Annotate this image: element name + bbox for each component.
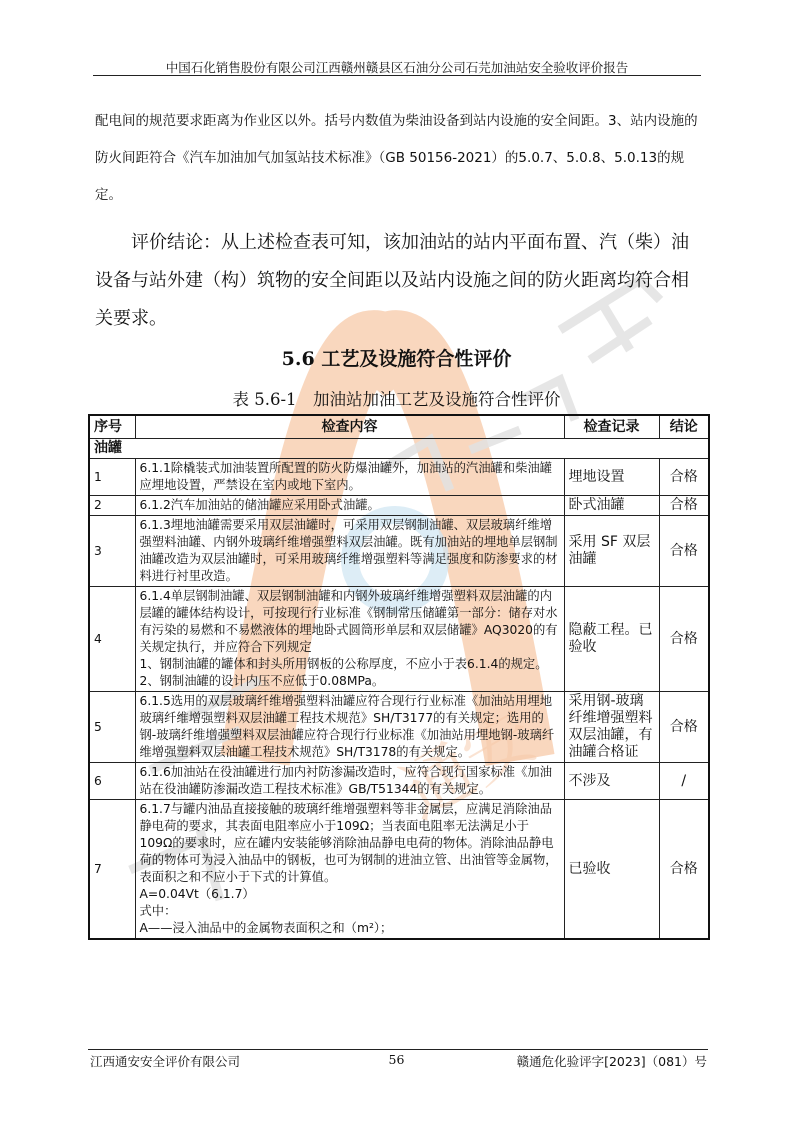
row-result: 合格 — [659, 459, 709, 496]
footer-divider — [88, 1049, 708, 1050]
table-header-row: 序号 检查内容 检查记录 结论 — [89, 415, 709, 439]
row-record: 卧式油罐 — [564, 496, 659, 516]
table-row: 3 6.1.3埋地油罐需要采用双层油罐时，可采用双层钢制油罐、双层玻璃纤维增强塑… — [89, 516, 709, 587]
row-content: 6.1.3埋地油罐需要采用双层油罐时，可采用双层钢制油罐、双层玻璃纤维增强塑料油… — [135, 516, 564, 587]
header-divider — [93, 75, 701, 76]
conclusion-text: 评价结论：从上述检查表可知，该加油站的站内平面布置、汽（柴）油设备与站外建（构）… — [95, 232, 689, 329]
row-record: 埋地设置 — [564, 459, 659, 496]
row-content: 6.1.4单层钢制油罐、双层钢制油罐和内钢外玻璃纤维增强塑料双层油罐的内层罐的罐… — [135, 587, 564, 692]
row-result: 合格 — [659, 496, 709, 516]
row-record: 不涉及 — [564, 763, 659, 800]
header-content: 检查内容 — [135, 415, 564, 439]
row-result: 合格 — [659, 692, 709, 763]
row-content: 6.1.1除橇装式加油装置所配置的防火防爆油罐外，加油站的汽油罐和柴油罐应埋地设… — [135, 459, 564, 496]
row-content: 6.1.7与罐内油品直接接触的玻璃纤维增强塑料等非金属层，应满足消除油品静电荷的… — [135, 800, 564, 940]
body-paragraph-continuation: 配电间的规范要求距离为作业区以外。括号内数值为柴油设备到站内设施的安全间距。3、… — [95, 103, 705, 214]
content-line: 2、钢制油罐的设计内压不应低于0.08MPa。 — [140, 673, 560, 690]
row-record: 采用钢-玻璃纤维增强塑料双层油罐，有油罐合格证 — [564, 692, 659, 763]
row-content: 6.1.5选用的双层玻璃纤维增强塑料油罐应符合现行行业标准《加油站用埋地玻璃纤维… — [135, 692, 564, 763]
row-record: 已验收 — [564, 800, 659, 940]
table-row: 2 6.1.2汽车加油站的储油罐应采用卧式油罐。 卧式油罐 合格 — [89, 496, 709, 516]
table-row: 1 6.1.1除橇装式加油装置所配置的防火防爆油罐外，加油站的汽油罐和柴油罐应埋… — [89, 459, 709, 496]
row-content: 6.1.6加油站在役油罐进行加内衬防渗漏改造时，应符合现行国家标准《加油站在役油… — [135, 763, 564, 800]
footer-doc-number: 赣通危化验评字[2023]（081）号 — [517, 1052, 707, 1070]
header-result: 结论 — [659, 415, 709, 439]
table-row: 5 6.1.5选用的双层玻璃纤维增强塑料油罐应符合现行行业标准《加油站用埋地玻璃… — [89, 692, 709, 763]
row-no: 2 — [89, 496, 135, 516]
row-result: 合格 — [659, 800, 709, 940]
row-record: 隐蔽工程。已验收 — [564, 587, 659, 692]
row-no: 6 — [89, 763, 135, 800]
table-row: 4 6.1.4单层钢制油罐、双层钢制油罐和内钢外玻璃纤维增强塑料双层油罐的内层罐… — [89, 587, 709, 692]
row-no: 1 — [89, 459, 135, 496]
table-row: 6 6.1.6加油站在役油罐进行加内衬防渗漏改造时，应符合现行国家标准《加油站在… — [89, 763, 709, 800]
row-result: / — [659, 763, 709, 800]
row-result: 合格 — [659, 587, 709, 692]
row-no: 5 — [89, 692, 135, 763]
page-header-title: 中国石化销售股份有限公司江西赣州赣县区石油分公司石芫加油站安全验收评价报告 — [95, 58, 699, 76]
formula-line: A=0.04Vt（6.1.7） — [140, 886, 560, 903]
row-result: 合格 — [659, 516, 709, 587]
row-no: 3 — [89, 516, 135, 587]
header-record: 检查记录 — [564, 415, 659, 439]
content-line: 6.1.4单层钢制油罐、双层钢制油罐和内钢外玻璃纤维增强塑料双层油罐的内层罐的罐… — [140, 588, 560, 656]
evaluation-conclusion: 评价结论：从上述检查表可知，该加油站的站内平面布置、汽（柴）油设备与站外建（构）… — [95, 224, 705, 338]
content-line: 1、钢制油罐的罐体和封头所用钢板的公称厚度，不应小于表6.1.4的规定。 — [140, 656, 560, 673]
group-label: 油罐 — [89, 439, 709, 459]
content-line: A——浸入油品中的金属物表面积之和（m²）； — [140, 920, 560, 937]
compliance-table: 序号 检查内容 检查记录 结论 油罐 1 6.1.1除橇装式加油装置所配置的防火… — [88, 414, 710, 940]
table-caption: 表 5.6-1 加油站加油工艺及设施符合性评价 — [0, 386, 793, 410]
row-record: 采用 SF 双层油罐 — [564, 516, 659, 587]
header-no: 序号 — [89, 415, 135, 439]
row-no: 7 — [89, 800, 135, 940]
table-row: 7 6.1.7与罐内油品直接接触的玻璃纤维增强塑料等非金属层，应满足消除油品静电… — [89, 800, 709, 940]
section-title: 5.6 工艺及设施符合性评价 — [0, 344, 793, 371]
row-no: 4 — [89, 587, 135, 692]
content-line: 6.1.7与罐内油品直接接触的玻璃纤维增强塑料等非金属层，应满足消除油品静电荷的… — [140, 801, 560, 886]
row-content: 6.1.2汽车加油站的储油罐应采用卧式油罐。 — [135, 496, 564, 516]
content-line: 式中： — [140, 903, 560, 920]
group-row: 油罐 — [89, 439, 709, 459]
